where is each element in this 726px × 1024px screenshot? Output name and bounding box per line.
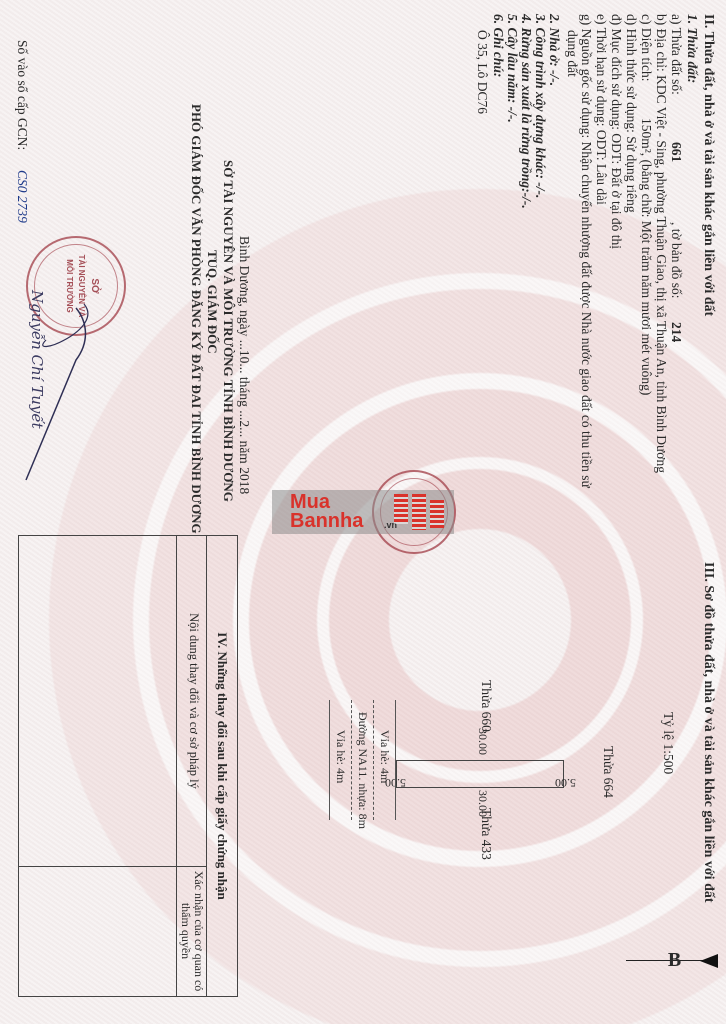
signature-stroke <box>6 300 146 500</box>
building-icon <box>430 500 444 528</box>
dim-top-edge: 30.00 <box>475 728 490 755</box>
plot-number-label: a) Thửa đất số: <box>668 14 684 95</box>
plantation-forest-item: 4. Rừng sản xuất là rừng trồng:-/-. <box>518 14 534 209</box>
road-dash-line <box>351 700 352 820</box>
place-date: Bình Dương, ngày ...10... tháng ...2... … <box>236 236 252 494</box>
section-ii-title: II. Thửa đất, nhà ở và tài sản khác gắn … <box>700 14 716 316</box>
usage-term: e) Thời hạn sử dụng: ODT: Lâu dài <box>593 14 609 205</box>
sidewalk-2: Vỉa hè: 4m <box>333 730 348 783</box>
section-iv-title: IV. Những thay đổi sau khi cấp giấy chứn… <box>206 536 237 996</box>
land-plot-heading: 1. Thửa đất: <box>684 14 700 83</box>
other-construction-item: 3. Công trình xây dựng khác: -/-. <box>532 14 548 198</box>
issuing-org: SỞ TÀI NGUYÊN VÀ MÔI TRƯỜNG TỈNH BÌNH DƯ… <box>220 160 236 502</box>
watermark-line2: Bannha <box>290 511 363 531</box>
registry-label: Số vào sổ cấp GCN: <box>14 40 30 150</box>
address-line: b) Địa chỉ: KDC Việt - Sing, phường Thuậ… <box>653 14 669 473</box>
area-label: c) Diện tích: <box>638 14 654 81</box>
changes-table-header: Nội dung thay đổi và cơ sở pháp lý Xác n… <box>176 536 207 996</box>
sidewalk-1: Vỉa hè: 4m <box>377 730 392 783</box>
road-dash-line <box>373 700 374 820</box>
building-icon <box>394 494 408 524</box>
scale: Tỷ lệ 1:500 <box>660 712 676 774</box>
house-item: 2. Nhà ở: -/-. <box>546 14 562 86</box>
north-arrow-icon <box>700 954 718 968</box>
north-arrow-line <box>626 960 706 961</box>
usage-origin-cont: dụng đất <box>564 30 580 77</box>
usage-origin: g) Nguồn gốc sử dụng: Nhận chuyển nhượng… <box>578 14 594 488</box>
building-icon <box>412 494 426 530</box>
signer-name: Nguyễn Chí Tuyết <box>28 290 46 429</box>
map-sheet-value: 214 <box>668 322 684 342</box>
watermark-logo: Mua Bannha .vn <box>272 490 454 534</box>
col-authority-confirmation: Xác nhận của cơ quan có thẩm quyền <box>179 866 205 996</box>
notes-heading: 6. Ghi chú: <box>490 14 506 77</box>
usage-form: d) Hình thức sử dụng: Sử dụng riêng <box>623 14 639 213</box>
road-edge-line <box>395 700 396 820</box>
dim-right-edge: 5.00 <box>555 775 576 790</box>
neighbor-top: Thửa 660 <box>478 680 494 732</box>
map-sheet-label: , tờ bản đồ số: <box>668 222 684 299</box>
usage-purpose: đ) Mục đích sử dụng: ODT: Đất ở tại đô t… <box>608 14 624 249</box>
plot-number-value: 661 <box>668 142 684 162</box>
dim-bottom-edge: 30.00 <box>475 790 490 817</box>
column-divider <box>19 866 207 867</box>
on-behalf: TUQ. GIÁM ĐỐC <box>204 250 220 354</box>
neighbor-right: Thửa 664 <box>600 746 616 798</box>
perennial-trees-item: 5. Cây lâu năm: -/-. <box>504 14 520 123</box>
north-label: B <box>668 949 681 972</box>
registry-value: CS0 2739 <box>14 170 30 223</box>
area-value: 150m², (bằng chữ: Một trăm năm mươi mét … <box>638 118 654 395</box>
watermark-line1: Mua <box>290 492 330 512</box>
changes-table: IV. Những thay đổi sau khi cấp giấy chứn… <box>18 535 238 997</box>
notes-value: Ô 35, Lô DC76 <box>474 30 490 114</box>
col-change-content: Nội dung thay đổi và cơ sở pháp lý <box>186 536 201 866</box>
road-edge-line <box>329 700 330 820</box>
signer-position: PHÓ GIÁM ĐỐC VĂN PHÒNG ĐĂNG KÝ ĐẤT ĐAI T… <box>188 104 204 534</box>
plot-outline <box>396 760 564 788</box>
section-iii-title: III. Sơ đồ thửa đất, nhà ở và tài sản kh… <box>700 562 716 903</box>
road-name: Đường NA11. nhựa: 8m <box>355 712 370 829</box>
